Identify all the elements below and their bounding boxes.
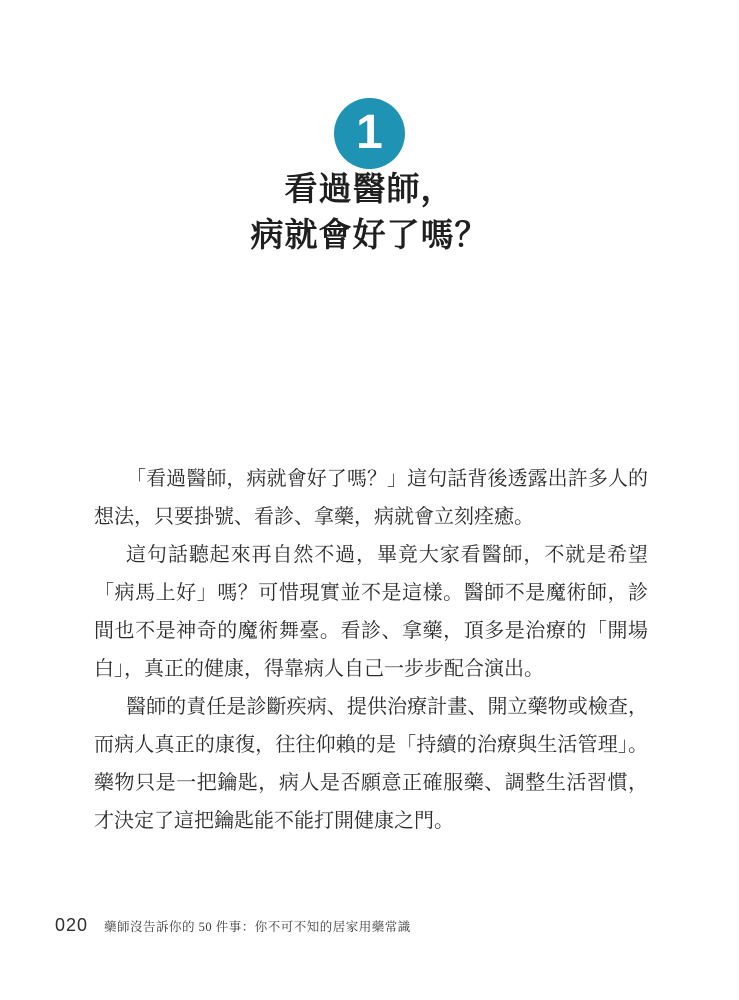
chapter-title: 看過醫師， 病就會好了嗎？	[0, 167, 739, 259]
page-footer: 020 藥師沒告訴你的 50 件事：你不可不知的居家用藥常識	[55, 915, 411, 936]
paragraph: 這句話聽起來再自然不過，畢竟大家看醫師，不就是希望「病馬上好」嗎？可惜現實並不是…	[94, 536, 648, 688]
chapter-number: 1	[356, 109, 383, 157]
page-number: 020	[55, 915, 88, 936]
body-text: 「看過醫師，病就會好了嗎？」這句話背後透露出許多人的想法，只要掛號、看診、拿藥，…	[94, 460, 648, 840]
paragraph: 醫師的責任是診斷疾病、提供治療計畫、開立藥物或檢查，而病人真正的康復，往往仰賴的…	[94, 688, 648, 840]
chapter-title-line2: 病就會好了嗎？	[0, 213, 739, 259]
running-book-title: 藥師沒告訴你的 50 件事：你不可不知的居家用藥常識	[104, 917, 411, 935]
chapter-number-badge: 1	[334, 98, 405, 169]
chapter-title-line1: 看過醫師，	[0, 167, 739, 213]
book-page: 1 看過醫師， 病就會好了嗎？ 「看過醫師，病就會好了嗎？」這句話背後透露出許多…	[0, 0, 739, 1000]
paragraph: 「看過醫師，病就會好了嗎？」這句話背後透露出許多人的想法，只要掛號、看診、拿藥，…	[94, 460, 648, 536]
